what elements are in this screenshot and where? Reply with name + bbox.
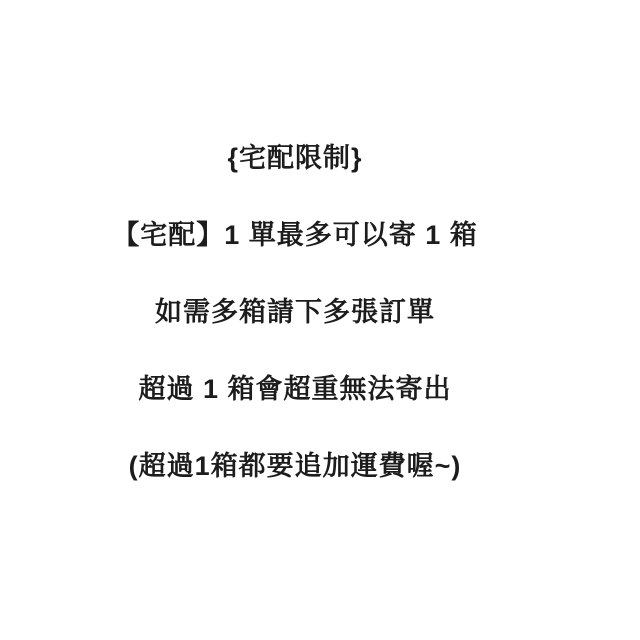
notice-text-block: {宅配限制} 【宅配】1 單最多可以寄 1 箱 如需多箱請下多張訂單 超過 1 … [0, 142, 590, 482]
notice-line-extra-fee: (超過1箱都要追加運費喔~) [129, 450, 462, 482]
notice-title: {宅配限制} [227, 142, 362, 174]
notice-line-multiple-orders: 如需多箱請下多張訂單 [155, 296, 435, 328]
notice-line-overweight: 超過 1 箱會超重無法寄出 [138, 373, 451, 405]
shipping-notice-page: {宅配限制} 【宅配】1 單最多可以寄 1 箱 如需多箱請下多張訂單 超過 1 … [0, 0, 640, 640]
notice-line-max-per-order: 【宅配】1 單最多可以寄 1 箱 [112, 219, 478, 251]
